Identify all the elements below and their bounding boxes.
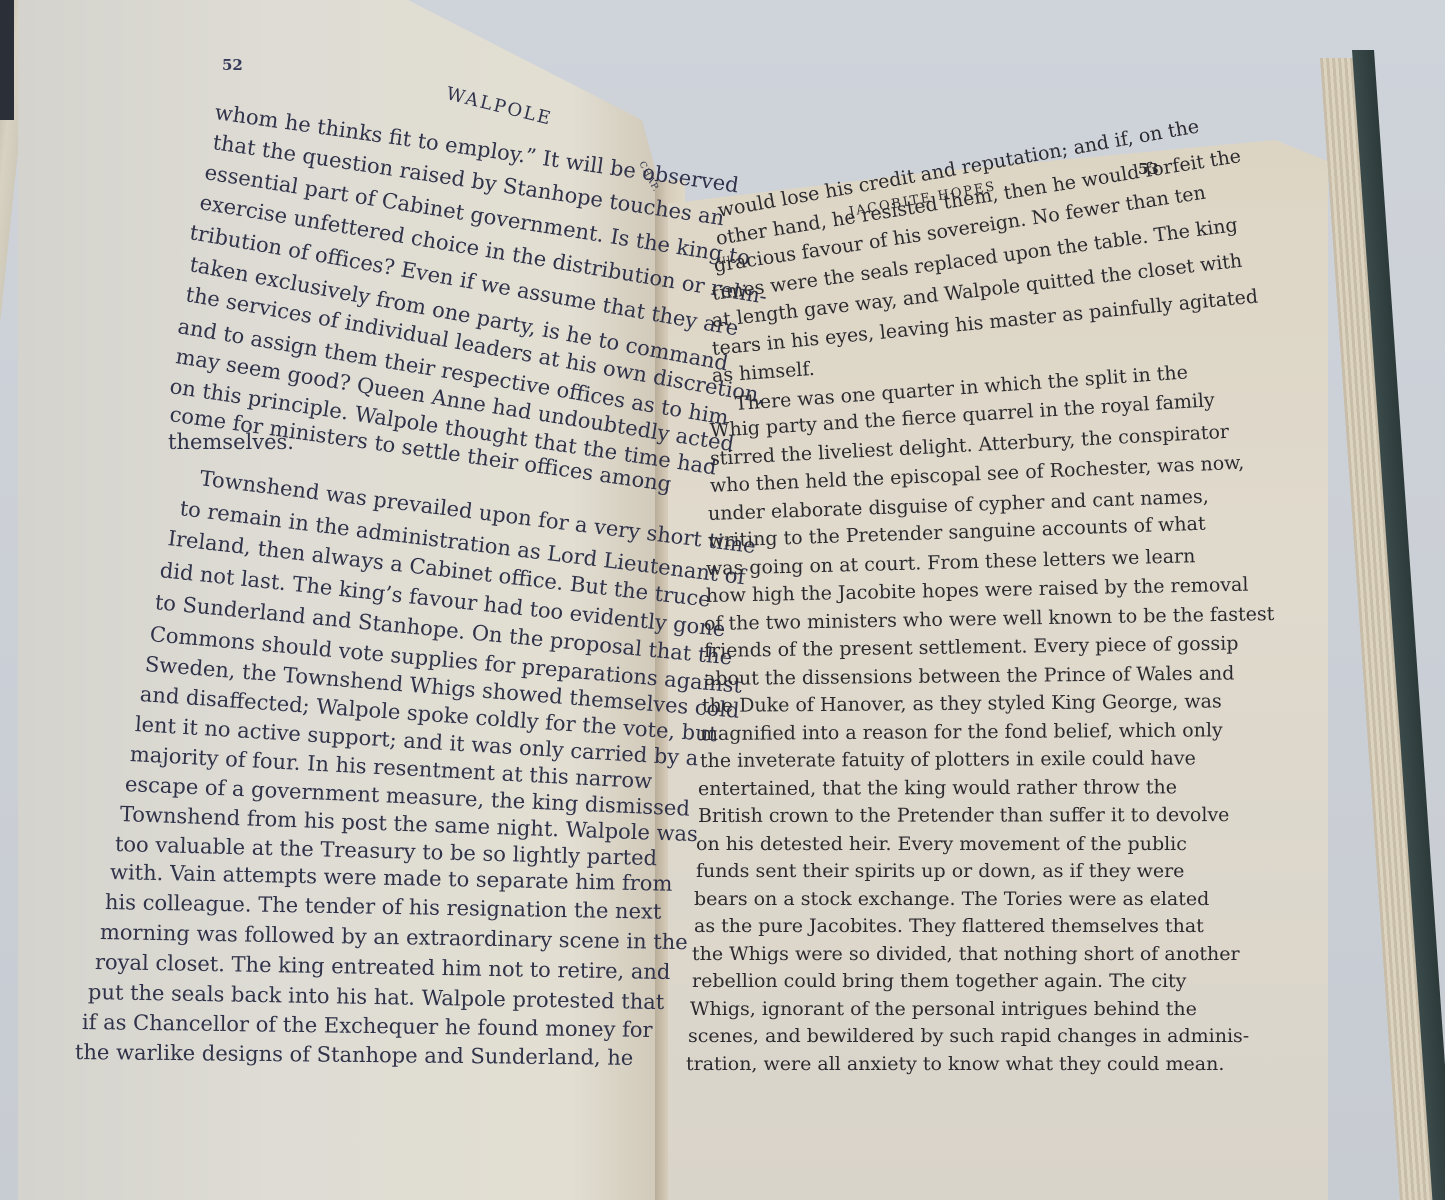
text-line: magnified into a reason for the fond bel…: [700, 719, 1223, 745]
text-line: tration, were all anxiety to know what t…: [686, 1053, 1224, 1075]
left-page-number: 52: [222, 56, 243, 74]
text-line: the inveterate fatuity of plotters in ex…: [700, 747, 1196, 772]
text-line: British crown to the Pretender than suff…: [698, 804, 1229, 827]
text-line: Whigs, ignorant of the personal intrigue…: [690, 998, 1197, 1020]
text-line: themselves.: [168, 430, 294, 454]
text-line: the Whigs were so divided, that nothing …: [692, 943, 1240, 965]
text-line: funds sent their spirits up or down, as …: [696, 860, 1184, 882]
text-line: as the pure Jacobites. They flattered th…: [694, 915, 1204, 937]
text-line: the Duke of Hanover, as they styled King…: [702, 690, 1222, 717]
left-book-cover: [0, 0, 14, 120]
text-line: scenes, and bewildered by such rapid cha…: [688, 1025, 1249, 1047]
text-line: entertained, that the king would rather …: [698, 776, 1177, 800]
text-line: bears on a stock exchange. The Tories we…: [694, 888, 1209, 910]
text-line: on his detested heir. Every movement of …: [696, 833, 1187, 855]
text-line: rebellion could bring them together agai…: [692, 970, 1186, 992]
